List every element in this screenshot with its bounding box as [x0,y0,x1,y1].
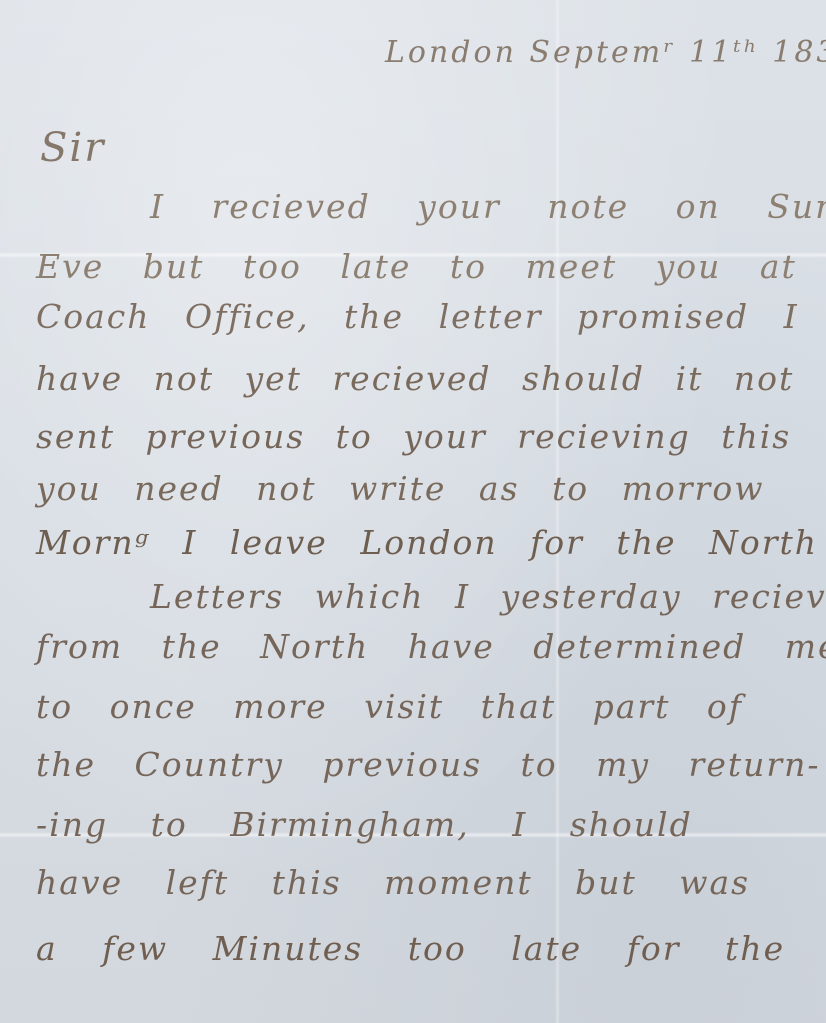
letter-line: have left this moment but was [36,866,750,899]
letter-line: I recieved your note on Sunday [150,190,826,223]
letter-line: from the North have determined me [36,630,826,663]
letter-line: Mornᵍ I leave London for the North [36,526,818,559]
letter-page: London Septemʳ 11ᵗʰ 1839 Sir I recieved … [0,0,826,1023]
letter-line: Eve but too late to meet you at the [36,250,826,283]
letter-line: Letters which I yesterday recieved [150,580,826,613]
letter-line: you need not write as to morrow [36,472,764,505]
letter-line: -ing to Birmingham, I should [36,808,693,841]
letter-line: to once more visit that part of [36,690,743,723]
letter-line: a few Minutes too late for the packet. [36,932,826,965]
letter-line: Coach Office, the letter promised I [36,300,799,333]
letter-line: have not yet recieved should it not be [36,362,826,395]
letter-line: sent previous to your recieving this [36,420,791,453]
salutation: Sir [40,128,105,168]
letter-line: the Country previous to my return- [36,748,821,781]
place-date-heading: London Septemʳ 11ᵗʰ 1839 [385,38,826,68]
